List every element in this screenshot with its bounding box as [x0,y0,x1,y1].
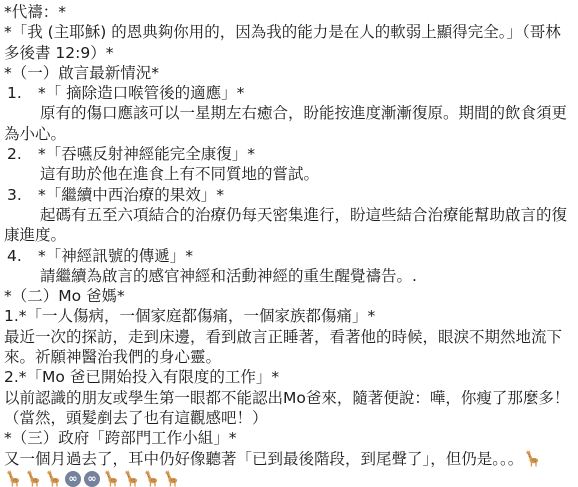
line-text: *「神經訊號的傳遞」* [38,246,193,266]
text-line: 來。祈願神醫治我們的身心靈。 [4,347,576,367]
text-line: *（二）Mo 爸媽* [4,286,576,306]
text-line: 2.*「吞嚥反射神經能完全康復」* [4,144,576,164]
text-line: ∞∞ [4,469,576,487]
text-line: 又一個月過去了，耳中仍好像聽著「已到最後階段，到尾聲了」，但仍是。。。 [4,449,576,469]
text-line: 1.*「一人傷病，一個家庭都傷痛，一個家族都傷痛」* [4,306,576,326]
text-line: 多後書 12:9）* [4,43,576,63]
text-line: 康進度。 [4,225,576,245]
text-line: *「我 (主耶穌) 的恩典夠你用的，因為我的能力是在人的軟弱上顯得完全。」（哥林 [4,22,576,42]
text-line: 3.*「繼續中西治療的果效」* [4,185,576,205]
text-line: 起碼有五至六項結合的治療仍每天密集進行，盼這些結合治療能幫助啟言的復 [4,205,576,225]
list-number: 4. [4,246,38,266]
text-line: 2.*「Mo 爸已開始投入有限度的工作」* [4,367,576,387]
line-text: （當然，頭髮剷去了也有這觀感吧！） [4,408,268,428]
line-text: 請繼續為啟言的感官神經和活動神經的重生醒覺禱告。. [40,266,417,286]
giraffe-emoji [163,470,180,487]
text-line: 以前認識的朋友或學生第一眼都不能認出Mo爸來，隨著便說：嘩，你瘦了那麼多！ [4,388,576,408]
text-line: *（一）啟言最新情況* [4,63,576,83]
line-text: 來。祈願神醫治我們的身心靈。 [4,347,221,367]
line-text: *（一）啟言最新情況* [4,63,159,83]
document-page: *代禱：**「我 (主耶穌) 的恩典夠你用的，因為我的能力是在人的軟弱上顯得完全… [0,0,578,487]
list-number: 1. [4,83,38,103]
text-line: 這有助於他在進食上有不同質地的嘗試。 [4,164,576,184]
line-text: 原有的傷口應該可以一星期左右癒合，盼能按進度漸漸復原。期間的飲食須更 [40,103,567,123]
line-text: *「 摘除造口喉管後的適應」* [38,83,244,103]
giraffe-emoji [143,470,160,487]
infinity-emoji: ∞ [65,471,81,487]
giraffe-emoji [123,470,140,487]
line-text: 最近一次的探訪，走到床邊，看到啟言正睡著，看著他的時候，眼淚不期然地流下 [4,327,562,347]
giraffe-emoji [45,470,62,487]
text-line: 原有的傷口應該可以一星期左右癒合，盼能按進度漸漸復原。期間的飲食須更 [4,103,576,123]
text-line: 4.*「神經訊號的傳遞」* [4,246,576,266]
line-text: 起碼有五至六項結合的治療仍每天密集進行，盼這些結合治療能幫助啟言的復 [40,205,567,225]
list-number: 2. [4,144,38,164]
line-text: 2.*「Mo 爸已開始投入有限度的工作」* [4,367,279,387]
line-text: 康進度。 [4,225,66,245]
giraffe-emoji [25,470,42,487]
line-text: *代禱：* [4,2,66,22]
line-text: *「我 (主耶穌) 的恩典夠你用的，因為我的能力是在人的軟弱上顯得完全。」（哥林 [4,22,561,42]
line-text: *（三）政府「跨部門工作小組」* [4,428,237,448]
line-text: 為小心。 [4,124,66,144]
text-line: 最近一次的探訪，走到床邊，看到啟言正睡著，看著他的時候，眼淚不期然地流下 [4,327,576,347]
text-line: （當然，頭髮剷去了也有這觀感吧！） [4,408,576,428]
line-text: 1.*「一人傷病，一個家庭都傷痛，一個家族都傷痛」* [4,306,375,326]
line-text: 這有助於他在進食上有不同質地的嘗試。 [40,164,319,184]
text-line: 為小心。 [4,124,576,144]
text-line: *（三）政府「跨部門工作小組」* [4,428,576,448]
line-text: *（二）Mo 爸媽* [4,286,125,306]
list-number: 3. [4,185,38,205]
line-text: 又一個月過去了，耳中仍好像聽著「已到最後階段，到尾聲了」，但仍是。。。 [4,449,523,469]
line-text: *「繼續中西治療的果效」* [38,185,224,205]
giraffe-emoji [103,470,120,487]
giraffe-emoji [5,470,22,487]
text-line: 1.*「 摘除造口喉管後的適應」* [4,83,576,103]
text-line: *代禱：* [4,2,576,22]
giraffe-emoji [524,450,541,467]
line-text: 多後書 12:9）* [4,43,113,63]
line-text: 以前認識的朋友或學生第一眼都不能認出Mo爸來，隨著便說：嘩，你瘦了那麼多！ [4,388,569,408]
text-line: 請繼續為啟言的感官神經和活動神經的重生醒覺禱告。. [4,266,576,286]
line-text: *「吞嚥反射神經能完全康復」* [38,144,255,164]
infinity-emoji: ∞ [84,471,100,487]
